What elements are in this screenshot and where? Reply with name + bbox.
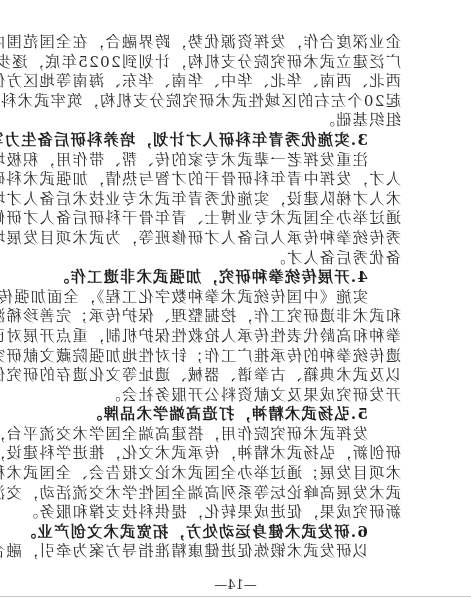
body-text-line: 以及武术典籍、古拳谱、器械、遗址等文化遗存的研究保护工作，	[69, 366, 401, 386]
body-text-line: 通过举办全国武术专业博士、青年骨干科研后备人才研修班，优	[69, 209, 401, 229]
page-bottom-rule	[0, 596, 471, 597]
body-text-line: 实施《中国传统武术拳种数字化工程》，全面加强传统拳种	[69, 288, 401, 308]
body-text-line: 人才，发挥中青年科研骨干的才智与热情，加强武术科研专业技	[69, 170, 401, 190]
body-text-line: 秀传统拳种传承人后备人才研修班等，为武术项目发展培养和储	[69, 229, 401, 249]
body-text-line: 注重发挥老一辈武术专家的传、帮、带作用，积极培养后备	[69, 151, 401, 171]
body-text-line: 术项目发展；通过举办全国武术论文报告会、全国武术科学大会、	[69, 464, 401, 484]
body-text-line: 遗传统拳种的传承推广工作；针对性地加强院藏文献研究与保护，	[69, 347, 401, 367]
body-text-line: 起20个左右的区域性武术研究院分支机构，筑牢武术科研机构	[69, 92, 401, 112]
body-text-line: 备优秀后备人才。	[69, 249, 401, 269]
section-heading: 3.实施优秀青年科研人才计划，培养科研后备生力军。	[69, 131, 401, 151]
document-page: 企业深度合作，发挥资源优势，跨界融合，在全国范围内布局，广泛建立武术研究院分支机…	[0, 0, 471, 599]
page-number: —14—	[0, 578, 471, 593]
body-text-line: 组织基础。	[69, 111, 401, 131]
body-text-line: 和武术非遗研究工作，挖掘整理、保护传承；完善珍稀濒危传统	[69, 307, 401, 327]
section-heading: 6.研发武术健身运动处方，拓宽武术文创产业。	[69, 523, 401, 543]
body-text-line: 广泛建立武术研究院分支机构，计划到2025年底，逐步在东北、	[69, 53, 401, 73]
body-text-line: 研创新，弘扬武术精神，传承武术文化，推进学科建设，引领武	[69, 444, 401, 464]
body-text-line: 企业深度合作，发挥资源优势，跨界融合，在全国范围内布局，	[69, 33, 401, 53]
body-text-line: 武术发展高峰论坛等系列高端全国性学术交流活动，交流武术最	[69, 484, 401, 504]
section-heading: 4.开展传统拳种研究，加强武术非遗工作。	[69, 268, 401, 288]
body-text-line: 拳种和高龄代表性传承人抢救性保护机制，重点开展对已列入非	[69, 327, 401, 347]
body-text-line: 开发研究成果及文献资料公开服务社会。	[69, 386, 401, 406]
body-text-line: 西北、西南、华北、华中、华南、华东、海南等地区方位，建立	[69, 72, 401, 92]
body-text-line: 术人才梯队建设，实施优秀青年武术专业技术后备人才培养计划，	[69, 190, 401, 210]
body-text-line: 以研发武术锻炼促进健康精准指导方案为牵引，融合中医养	[69, 542, 401, 562]
section-heading: 5.弘扬武术精神，打造高端学术品牌。	[69, 405, 401, 425]
document-body: 企业深度合作，发挥资源优势，跨界融合，在全国范围内布局，广泛建立武术研究院分支机…	[69, 33, 401, 562]
body-text-line: 发挥武术研究院作用，搭建高端全国学术交流平台，鼓励科	[69, 425, 401, 445]
body-text-line: 新研究成果，促进成果转化，提供科技支撑和服务。	[69, 503, 401, 523]
